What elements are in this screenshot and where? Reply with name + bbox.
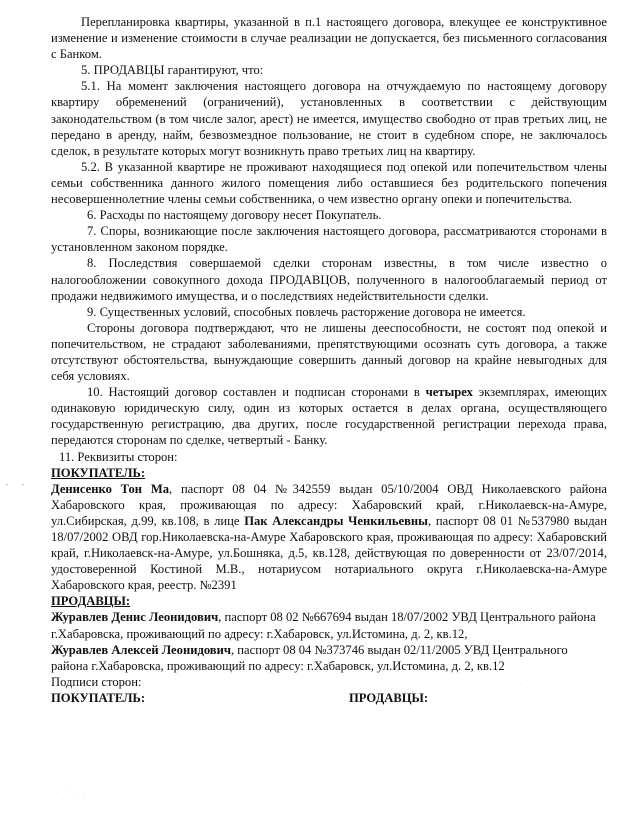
scan-noise: . : . . [56, 790, 88, 796]
buyer-details: Денисенко Тон Ма, паспорт 08 04 №342559 … [51, 481, 607, 594]
scan-noise: . : . . . [60, 690, 101, 696]
sellers-heading: ПРОДАВЦЫ: [51, 593, 607, 609]
seller-details: Журавлев Денис Леонидович, паспорт 08 02… [51, 609, 607, 641]
scan-artifact-marks: . . [6, 478, 30, 487]
paragraph-5-1: 5.1. На момент заключения настоящего дог… [51, 78, 607, 158]
scan-noise: . . . [520, 680, 543, 686]
seller-details: Журавлев Алексей Леонидович, паспорт 08 … [51, 642, 607, 674]
paragraph-8: 8. Последствия совершаемой сделки сторон… [51, 255, 607, 303]
buyer-name: Денисенко Тон Ма [51, 482, 169, 496]
paragraph-10-part-a: 10. Настоящий договор составлен и подпис… [87, 385, 426, 399]
signatures-row: ПОКУПАТЕЛЬ: ПРОДАВЦЫ: [51, 690, 607, 706]
scan-noise: . . . [52, 730, 75, 736]
paragraph-capacity: Стороны договора подтверждают, что не ли… [51, 320, 607, 384]
scan-noise: . . . [540, 800, 563, 806]
buyer-representative: Пак Александры Ченкильевны [244, 514, 428, 528]
signature-sellers-label: ПРОДАВЦЫ: [349, 690, 428, 706]
paragraph-5: 5. ПРОДАВЦЫ гарантируют, что: [51, 62, 607, 78]
contract-page: Перепланировка квартиры, указанной в п.1… [51, 14, 607, 706]
scan-noise: . . . [56, 650, 79, 656]
seller-name: Журавлев Денис Леонидович [51, 610, 218, 624]
paragraph-redevelopment: Перепланировка квартиры, указанной в п.1… [51, 14, 607, 62]
paragraph-6: 6. Расходы по настоящему договору несет … [51, 207, 607, 223]
buyer-heading: ПОКУПАТЕЛЬ: [51, 465, 607, 481]
paragraph-9: 9. Существенных условий, способных повле… [51, 304, 607, 320]
scan-noise: . . . : . . . . [470, 414, 538, 420]
paragraph-11: 11. Реквизиты сторон: [51, 449, 607, 465]
paragraph-5-2: 5.2. В указанной квартире не проживают н… [51, 159, 607, 207]
paragraph-7: 7. Споры, возникающие после заключения н… [51, 223, 607, 255]
paragraph-10-copies: четырех [426, 385, 473, 399]
